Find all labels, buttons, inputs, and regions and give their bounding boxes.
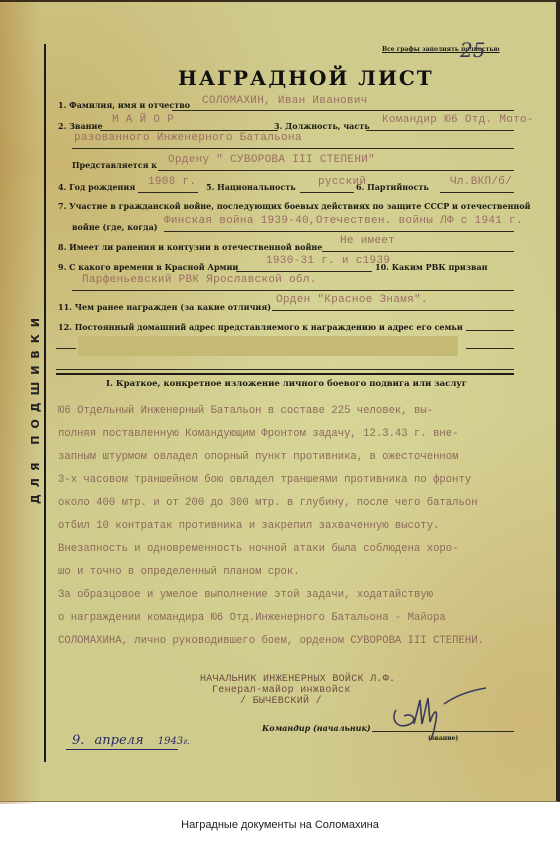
field-3-value-line1: Командир Ю6 Отд. Мото- (382, 114, 534, 126)
signatory-rank: Генерал-майор инжвойск (212, 685, 351, 696)
address-line-left (56, 348, 76, 349)
field-3-line-2 (72, 148, 514, 149)
field-10-value: Парфеньевский РВК Ярославской обл. (82, 274, 317, 286)
date-month: апреля (95, 733, 144, 748)
field-6-line (440, 192, 514, 193)
field-6-value: Чл.ВКП/б/ (450, 176, 512, 188)
field-10-label: 10. Каким РВК призван (375, 262, 488, 272)
binding-side-label: ДЛЯ ПОДШИВКИ (24, 302, 46, 512)
handwritten-date: 9. апреля 1943г. (72, 733, 190, 748)
body-line: Ю6 Отдельный Инженерный Батальон в соста… (58, 400, 528, 423)
field-2-line (100, 130, 278, 131)
image-caption: Наградные документы на Соломахина (0, 802, 560, 847)
achievement-description: Ю6 Отдельный Инженерный Батальон в соста… (58, 400, 528, 653)
section-thick-rule (56, 373, 514, 375)
field-11-label: 11. Чем ранее награжден (за какие отличи… (58, 302, 271, 312)
field-3-value-line2: разованного Инженерного Батальона (74, 132, 302, 144)
field-4-label: 4. Год рождения (58, 182, 135, 192)
body-line: запным штурмом овладел опорный пункт про… (58, 446, 528, 469)
field-7-value: Финская война 1939-40,Отечествен. войны … (164, 215, 523, 227)
field-8-label: 8. Имеет ли ранения и контузии в отечест… (58, 242, 322, 252)
date-suffix: г. (183, 737, 190, 746)
field-4-value: 1908 г. (148, 176, 196, 188)
date-underline (66, 749, 178, 750)
field-3-label: 3. Должность, часть (274, 121, 370, 131)
handwritten-page-number: 25 (460, 38, 485, 62)
body-line: отбил 10 контратак противника и закрепил… (58, 515, 528, 538)
presented-for-label: Представляется к (72, 160, 157, 170)
body-line: Внезапность и одновременность ночной ата… (58, 538, 528, 561)
field-5-label: 5. Национальность (206, 182, 296, 192)
document-title: НАГРАДНОЙ ЛИСТ (178, 66, 434, 90)
body-line: о награждении командира Ю6 Отд.Инженерно… (58, 607, 528, 630)
address-line-right (466, 348, 514, 349)
body-line: шо и точно в определенный планом срок. (58, 561, 528, 584)
presented-for-line (158, 170, 514, 171)
body-line: около 400 мтр. и от 200 до 300 мтр. в гл… (58, 492, 528, 515)
field-7-line (164, 231, 514, 232)
field-9-label: 9. С какого времени в Красной Армии (58, 262, 238, 272)
field-11-value: Орден "Красное Знамя". (276, 294, 428, 306)
date-year: 1943 (158, 736, 183, 747)
field-1-label: 1. Фамилия, имя и отчество (58, 100, 190, 110)
field-9-line (236, 271, 372, 272)
redacted-address (78, 336, 458, 356)
section-thin-rule (56, 369, 514, 370)
body-line: полняя поставленную Командующим Фронтом … (58, 423, 528, 446)
field-3-line (366, 130, 514, 131)
field-5-line (300, 192, 354, 193)
rank-caption: (звание) (428, 735, 458, 742)
commander-signature-line (372, 731, 514, 732)
field-12-line (466, 330, 514, 331)
field-10-line (72, 290, 514, 291)
signatory-title: НАЧАЛЬНИК ИНЖЕНЕРНЫХ ВОЙСК Л.Ф. (200, 674, 395, 685)
field-1-line (172, 110, 514, 111)
award-sheet-document: ДЛЯ ПОДШИВКИ Все графы заполнять полност… (0, 0, 560, 802)
body-line: За образцовое и умелое выполнение этой з… (58, 584, 528, 607)
field-9-value: 1930-31 г. и с1939 (266, 255, 390, 267)
field-7-label-line1: 7. Участие в гражданской войне, последую… (58, 201, 531, 211)
presented-for-value: Ордену " СУВОРОВА III СТЕПЕНИ" (168, 154, 375, 166)
field-2-label: 2. Звание (58, 121, 103, 131)
side-label-text: ДЛЯ ПОДШИВКИ (29, 311, 42, 504)
field-1-value: СОЛОМАХИН, Иван Иванович (202, 95, 368, 107)
field-11-line (272, 310, 514, 311)
field-8-value: Не имеет (340, 235, 395, 247)
commander-label: Командир (начальник) (262, 723, 371, 733)
signatory-name: / БЫЧЕВСКИЙ / (240, 696, 322, 707)
body-line: 3-х часовом траншейном бою овладел транш… (58, 469, 528, 492)
field-4-line (138, 192, 198, 193)
section-heading: I. Краткое, конкретное изложение личного… (106, 379, 467, 389)
field-6-label: 6. Партийность (356, 182, 429, 192)
field-8-line (322, 251, 514, 252)
field-7-label-line2: войне (где, когда) (72, 222, 158, 232)
field-12-label: 12. Постоянный домашний адрес представля… (58, 322, 463, 332)
field-2-value: М А Й О Р (112, 114, 174, 126)
body-line: СОЛОМАХИНА, лично руководившего боем, ор… (58, 630, 528, 653)
date-day: 9. (72, 733, 84, 748)
